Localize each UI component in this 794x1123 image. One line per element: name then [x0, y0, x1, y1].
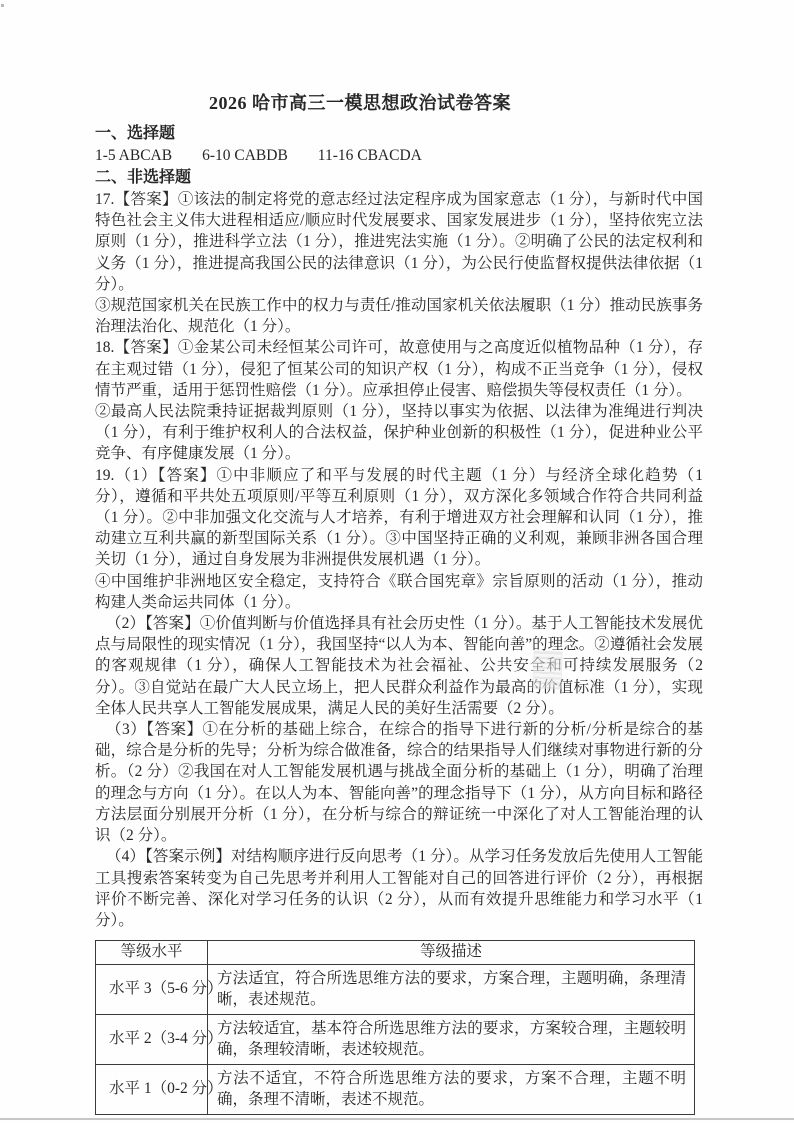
rubric-row-level2: 水平 2（3-4 分） 方法较适宜，基本符合所选思维方法的要求，方案较合理，主题…: [96, 1015, 695, 1065]
faded-stamp-artifact: [532, 651, 562, 690]
answer-q19-1-part1: 19.（1）【答案】①中非顺应了和平与发展的时代主题（1 分）与经济全球化趋势（…: [95, 465, 703, 571]
rubric-level1-label: 水平 1（0-2 分）: [96, 1065, 208, 1115]
scanned-answer-sheet-page: 2026 哈市高三一模思想政治试卷答案 一、选择题 1-5 ABCAB6-10 …: [0, 0, 794, 1123]
scan-bottom-edge: [0, 1118, 794, 1120]
rubric-level3-label: 水平 3（5-6 分）: [96, 965, 208, 1015]
answer-q19-1-part2: ④中国维护非洲地区安全稳定，支持符合《联合国宪章》宗旨原则的活动（1 分），推动…: [95, 571, 703, 613]
rubric-level1-description: 方法不适宜，不符合所选思维方法的要求，方案不合理，主题不明确，条理不清晰，表述不…: [208, 1065, 695, 1115]
rubric-row-level3: 水平 3（5-6 分） 方法适宜，符合所选思维方法的要求，方案合理，主题明确，条…: [96, 965, 695, 1015]
rubric-level3-description: 方法适宜，符合所选思维方法的要求，方案合理，主题明确，条理清晰，表述规范。: [208, 965, 695, 1015]
page-title: 2026 哈市高三一模思想政治试卷答案: [95, 92, 703, 114]
rubric-header-level: 等级水平: [96, 941, 208, 965]
choice-answers-group-1: 1-5 ABCAB: [95, 147, 172, 164]
answer-q17-part2: ③规范国家机关在民族工作中的权力与责任/推动国家机关依法履职（1 分）推动民族事…: [95, 295, 703, 337]
rubric-level2-label: 水平 2（3-4 分）: [96, 1015, 208, 1065]
document-content: 2026 哈市高三一模思想政治试卷答案 一、选择题 1-5 ABCAB6-10 …: [95, 92, 703, 1115]
answer-q18-part2: ②最高人民法院秉持证据裁判原则（1 分），坚持以事实为依据、以法律为准绳进行判决…: [95, 401, 703, 465]
rubric-level2-description: 方法较适宜，基本符合所选思维方法的要求，方案较合理，主题较明确，条理较清晰，表述…: [208, 1015, 695, 1065]
answer-q19-2: （2）【答案】①价值判断与价值选择具有社会历史性（1 分）。基于人工智能技术发展…: [95, 613, 703, 719]
rubric-header-row: 等级水平 等级描述: [96, 941, 695, 965]
rubric-header-desc: 等级描述: [208, 941, 695, 965]
answer-q18-part1: 18.【答案】①金某公司未经恒某公司许可，故意使用与之高度近似植物品种（1 分）…: [95, 337, 703, 401]
answer-q19-4: （4）【答案示例】对结构顺序进行反向思考（1 分）。从学习任务发放后先使用人工智…: [95, 846, 703, 931]
choice-answers-group-2: 6-10 CABDB: [202, 147, 288, 164]
answer-q17-part1: 17.【答案】①该法的制定将党的意志经过法定程序成为国家意志（1 分），与新时代…: [95, 189, 703, 295]
scan-artifact-speck: [1, 4, 4, 7]
rubric-table: 等级水平 等级描述 水平 3（5-6 分） 方法适宜，符合所选思维方法的要求，方…: [95, 940, 695, 1115]
choice-answers-group-3: 11-16 CBACDA: [318, 147, 422, 164]
section-heading-non-choice: 二、非选择题: [95, 167, 703, 189]
answer-q19-3: （3）【答案】①在分析的基础上综合，在综合的指导下进行新的分析/分析是综合的基础…: [95, 719, 703, 846]
rubric-row-level1: 水平 1（0-2 分） 方法不适宜，不符合所选思维方法的要求，方案不合理，主题不…: [96, 1065, 695, 1115]
section-heading-multiple-choice: 一、选择题: [95, 123, 703, 145]
choice-answers-line: 1-5 ABCAB6-10 CABDB11-16 CBACDA: [95, 145, 703, 167]
